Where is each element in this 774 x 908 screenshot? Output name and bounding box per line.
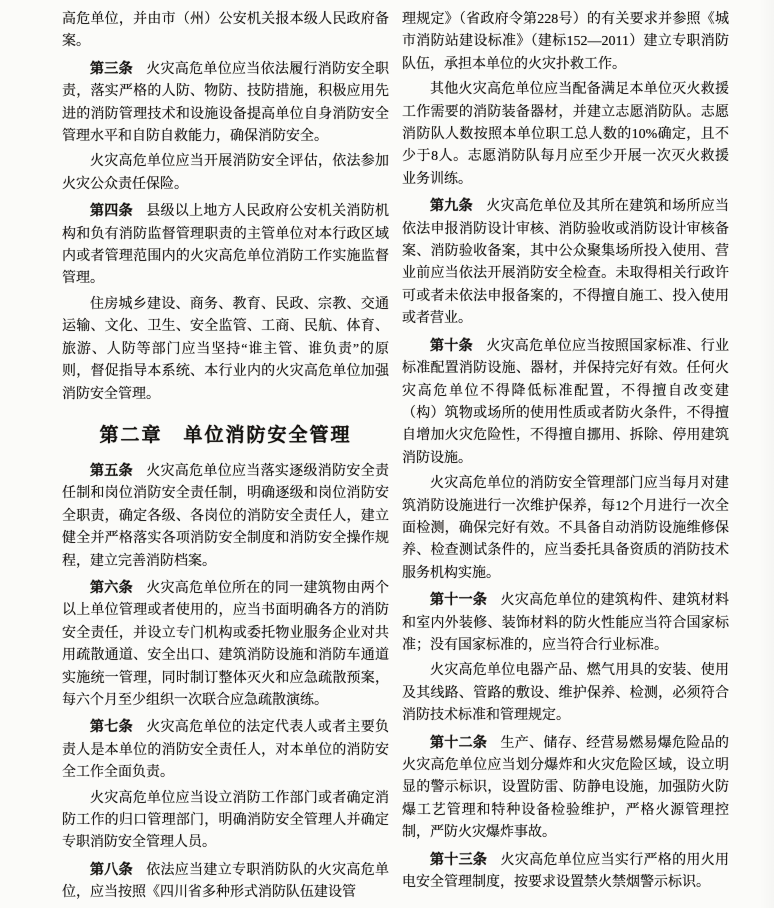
chapter-heading: 第二章 单位消防安全管理 (62, 420, 389, 447)
paragraph-text: 火灾高危单位应当按照国家标准、行业标准配置消防设施、器材，并保持完好有效。任何火… (402, 339, 729, 466)
paragraph: 第三条火灾高危单位应当依法履行消防安全职责，落实严格的人防、物防、技防措施，积极… (62, 57, 389, 149)
paragraph: 住房城乡建设、商务、教育、民政、宗教、交通运输、文化、卫生、安全监管、工商、民航… (62, 294, 389, 406)
article-number: 第四条 (90, 202, 133, 218)
article-number: 第九条 (430, 197, 473, 213)
left-column: 高危单位，并由市（州）公安机关报本级人民政府备案。第三条火灾高危单位应当依法履行… (62, 9, 389, 900)
right-column: 理规定》（省政府令第228号）的有关要求并参照《城市消防站建设标准》（建标152… (402, 9, 729, 900)
paragraph: 第十三条火灾高危单位应当实行严格的用火用电安全管理制度，按要求设置禁火禁烟警示标… (402, 848, 729, 895)
article-number: 第十一条 (430, 591, 487, 607)
paragraph: 火灾高危单位应当开展消防安全评估，依法参加火灾公众责任保险。 (62, 151, 389, 196)
paragraph: 火灾高危单位应当设立消防工作部门或者确定消防工作的归口管理部门，明确消防安全管理… (62, 788, 389, 855)
paragraph: 第五条火灾高危单位应当落实逐级消防安全责任制和岗位消防安全责任制，明确逐级和岗位… (62, 459, 389, 573)
article-number: 第五条 (90, 462, 133, 478)
paragraph-text: 火灾高危单位的消防安全管理部门应当每月对建筑消防设施进行一次维护保养，每12个月… (402, 476, 729, 581)
paragraph: 第十条火灾高危单位应当按照国家标准、行业标准配置消防设施、器材，并保持完好有效。… (402, 334, 729, 470)
paragraph-text: 火灾高危单位所在的同一建筑物由两个以上单位管理或者使用的，应当书面明确各方的消防… (62, 581, 389, 708)
paragraph-text: 火灾高危单位及其所在建筑和场所应当依法申报消防设计审核、消防验收或消防设计审核备… (402, 199, 729, 326)
paragraph: 火灾高危单位电器产品、燃气用具的安装、使用及其线路、管路的敷设、维护保养、检测，… (402, 660, 729, 727)
article-number: 第六条 (90, 579, 133, 595)
paragraph: 第十一条火灾高危单位的建筑构件、建筑材料和室内外装修、装饰材料的防火性能应当符合… (402, 588, 729, 657)
article-number: 第十二条 (430, 734, 487, 750)
paragraph-text: 理规定》（省政府令第228号）的有关要求并参照《城市消防站建设标准》（建标152… (402, 12, 729, 72)
paragraph-text: 高危单位，并由市（州）公安机关报本级人民政府备案。 (62, 12, 389, 49)
paragraph-text: 火灾高危单位电器产品、燃气用具的安装、使用及其线路、管路的敷设、维护保养、检测，… (402, 663, 729, 723)
paragraph: 第十二条生产、储存、经营易燃易爆危险品的火灾高危单位应当划分爆炸和火灾危险区域，… (402, 731, 729, 845)
paragraph-text: 住房城乡建设、商务、教育、民政、宗教、交通运输、文化、卫生、安全监管、工商、民航… (62, 297, 389, 402)
paragraph-text: 火灾高危单位应当开展消防安全评估，依法参加火灾公众责任保险。 (62, 154, 389, 191)
paragraph: 火灾高危单位的消防安全管理部门应当每月对建筑消防设施进行一次维护保养，每12个月… (402, 473, 729, 585)
paragraph: 第九条火灾高危单位及其所在建筑和场所应当依法申报消防设计审核、消防验收或消防设计… (402, 194, 729, 330)
article-number: 第七条 (90, 718, 133, 734)
article-number: 第三条 (90, 60, 133, 76)
paragraph: 理规定》（省政府令第228号）的有关要求并参照《城市消防站建设标准》（建标152… (402, 9, 729, 76)
article-number: 第十条 (430, 337, 473, 353)
paragraph-text: 火灾高危单位应当设立消防工作部门或者确定消防工作的归口管理部门，明确消防安全管理… (62, 791, 389, 851)
scanned-document-page: 高危单位，并由市（州）公安机关报本级人民政府备案。第三条火灾高危单位应当依法履行… (0, 0, 774, 908)
paragraph: 其他火灾高危单位应当配备满足本单位灭火救援工作需要的消防装备器材，并建立志愿消防… (402, 79, 729, 191)
paragraph: 高危单位，并由市（州）公安机关报本级人民政府备案。 (62, 9, 389, 54)
paragraph: 第七条火灾高危单位的法定代表人或者主要负责人是本单位的消防安全责任人，对本单位的… (62, 715, 389, 784)
paragraph: 第八条依法应当建立专职消防队的火灾高危单位，应当按照《四川省多种形式消防队伍建设… (62, 858, 389, 905)
article-number: 第十三条 (430, 851, 487, 867)
paragraph: 第四条县级以上地方人民政府公安机关消防机构和负有消防监督管理职责的主管单位对本行… (62, 199, 389, 291)
article-number: 第八条 (90, 861, 133, 877)
paragraph-text: 其他火灾高危单位应当配备满足本单位灭火救援工作需要的消防装备器材，并建立志愿消防… (402, 82, 729, 187)
paragraph: 第六条火灾高危单位所在的同一建筑物由两个以上单位管理或者使用的，应当书面明确各方… (62, 576, 389, 712)
paragraph-text: 火灾高危单位应当落实逐级消防安全责任制和岗位消防安全责任制，明确逐级和岗位消防安… (62, 464, 389, 569)
paragraph-text: 生产、储存、经营易燃易爆危险品的火灾高危单位应当划分爆炸和火灾危险区域，设立明显… (402, 736, 729, 841)
